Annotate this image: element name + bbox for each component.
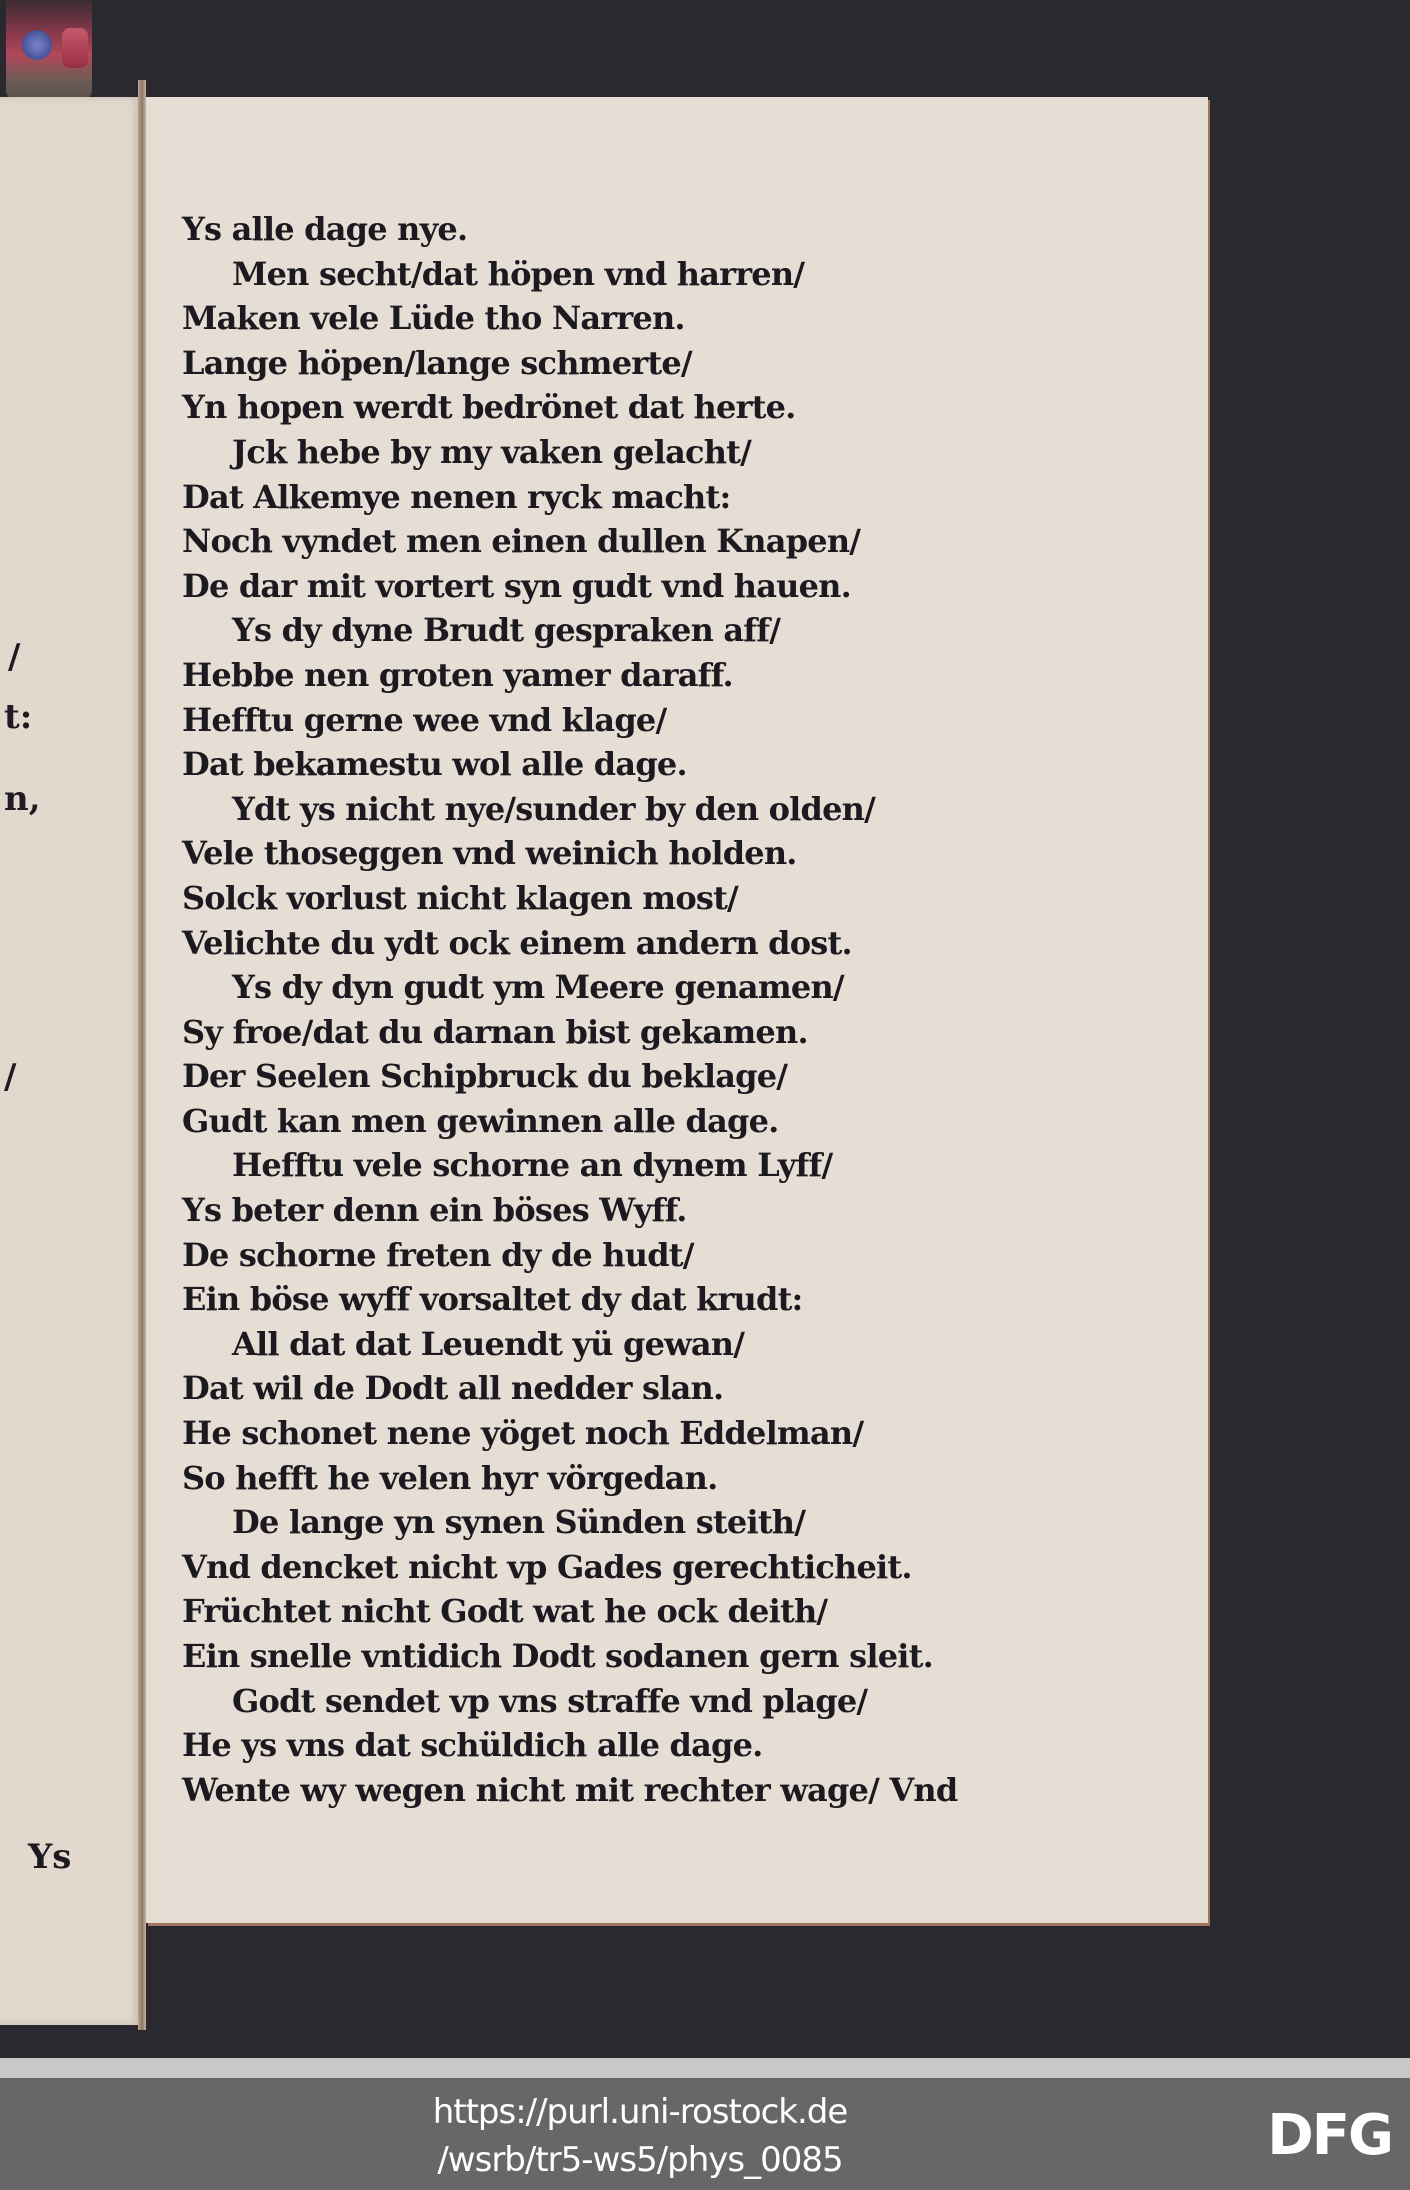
verse-line: Noch vyndet men einen dullen Knapen/ [182,519,1182,564]
verse-line: Ein snelle vntidich Dodt sodanen gern sl… [182,1634,1182,1679]
permalink-line-1[interactable]: https://purl.uni-rostock.de [0,2088,1410,2136]
footer-divider [0,2058,1410,2078]
verse-line: De dar mit vortert syn gudt vnd hauen. [182,564,1182,609]
dfg-logo: DFG [1242,2108,1392,2164]
verse-line: Ein böse wyff vorsaltet dy dat krudt: [182,1277,1182,1322]
verse-line: Vnd dencket nicht vp Gades gerechticheit… [182,1545,1182,1590]
binding-ornament [62,28,88,68]
verse-line: Ydt ys nicht nye/sunder by den olden/ [182,787,1182,832]
verse-line: Früchtet nicht Godt wat he ock deith/ [182,1589,1182,1634]
verse-line: Ys beter denn ein böses Wyff. [182,1188,1182,1233]
verse-line: Sy froe/dat du darnan bist gekamen. [182,1010,1182,1055]
permalink[interactable]: https://purl.uni-rostock.de /wsrb/tr5-ws… [0,2088,1410,2184]
permalink-line-2[interactable]: /wsrb/tr5-ws5/phys_0085 [0,2136,1410,2184]
verse-line: So hefft he velen hyr vörgedan. [182,1456,1182,1501]
verse-line: De schorne freten dy de hudt/ [182,1233,1182,1278]
left-page-fragment: / [8,640,20,674]
verse-line: He schonet nene yöget noch Eddelman/ [182,1411,1182,1456]
left-page-catchword: Ys [28,1837,108,1877]
verse-line: Lange höpen/lange schmerte/ [182,341,1182,386]
footer-bar: https://purl.uni-rostock.de /wsrb/tr5-ws… [0,2078,1410,2190]
left-page-fragment: n, [4,782,41,816]
book-spine [138,80,146,2030]
verse-line: Gudt kan men gewinnen alle dage. [182,1099,1182,1144]
verse-line: He ys vns dat schüldich alle dage. [182,1723,1182,1768]
book-binding-decoration [6,0,92,100]
verse-line: Velichte du ydt ock einem andern dost. [182,921,1182,966]
verse-line: Der Seelen Schipbruck du beklage/ [182,1054,1182,1099]
verse-line: Hebbe nen groten yamer daraff. [182,653,1182,698]
verse-line: Ys dy dyne Brudt gespraken aff/ [182,608,1182,653]
verse-line: All dat dat Leuendt yü gewan/ [182,1322,1182,1367]
left-page-fragment: t: [4,700,32,734]
verse-line: Maken vele Lüde tho Narren. [182,296,1182,341]
verse-line: De lange yn synen Sünden steith/ [182,1500,1182,1545]
verse-line: Men secht/dat höpen vnd harren/ [182,252,1182,297]
verse-line: Vele thoseggen vnd weinich holden. [182,831,1182,876]
binding-ornament [22,30,52,60]
verse-line: Yn hopen werdt bedrönet dat herte. [182,385,1182,430]
left-page-fragment: / [4,1060,16,1094]
verse-line: Wente wy wegen nicht mit rechter wage/ V… [182,1768,1182,1813]
verse-line: Ys alle dage nye. [182,207,1182,252]
verse-text-block: Ys alle dage nye.Men secht/dat höpen vnd… [182,207,1182,1812]
verse-line: Dat bekamestu wol alle dage. [182,742,1182,787]
verse-line: Ys dy dyn gudt ym Meere genamen/ [182,965,1182,1010]
left-page: / t: n, / Ys [0,97,142,2025]
verse-line: Dat Alkemye nenen ryck macht: [182,475,1182,520]
right-page: Ys alle dage nye.Men secht/dat höpen vnd… [146,97,1208,1923]
verse-line: Dat wil de Dodt all nedder slan. [182,1366,1182,1411]
verse-line: Hefftu gerne wee vnd klage/ [182,698,1182,743]
verse-line: Godt sendet vp vns straffe vnd plage/ [182,1679,1182,1724]
verse-line: Jck hebe by my vaken gelacht/ [182,430,1182,475]
verse-line: Hefftu vele schorne an dynem Lyff/ [182,1143,1182,1188]
verse-line: Solck vorlust nicht klagen most/ [182,876,1182,921]
